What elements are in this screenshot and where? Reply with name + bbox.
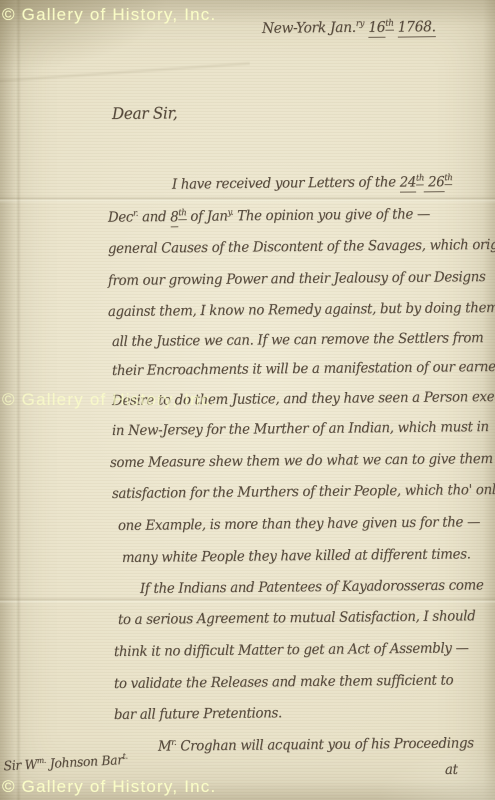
body-line-12: one Example, is more than they have give… <box>118 514 480 534</box>
body-line-18: bar all future Pretentions. <box>114 705 282 723</box>
body-line-3: general Causes of the Discontent of the … <box>108 237 495 257</box>
manuscript-text-segment: 24 <box>400 174 417 192</box>
manuscript-text-segment: Sir W <box>3 758 37 775</box>
manuscript-text-segment: 1768. <box>398 19 436 37</box>
manuscript-text-segment: in New-Jersey for the Murther of an Indi… <box>112 419 489 439</box>
manuscript-text-segment: t. <box>122 752 127 761</box>
body-line-15: to a serious Agreement to mutual Satisfa… <box>118 608 476 628</box>
manuscript-text-segment: Desire to do them Justice, and they have… <box>112 389 495 409</box>
copyright-watermark-bottom: © Gallery of History, Inc. <box>2 777 216 797</box>
manuscript-text-segment: to a serious Agreement to mutual Satisfa… <box>118 608 476 628</box>
manuscript-text-segment: If the Indians and Patentees of Kayadoro… <box>140 577 484 597</box>
manuscript-letter-scan: New-York Jan.ry 16th 1768.Dear Sir,I hav… <box>0 0 495 800</box>
manuscript-text-segment: th <box>385 19 393 31</box>
paper-crease <box>0 597 495 604</box>
manuscript-text-segment: of Jan <box>186 208 227 224</box>
manuscript-text-segment: to validate the Releases and make them s… <box>114 672 454 692</box>
manuscript-text-segment: Dear Sir, <box>112 103 178 123</box>
body-line-9: in New-Jersey for the Murther of an Indi… <box>112 419 489 439</box>
body-line-17: to validate the Releases and make them s… <box>114 672 454 692</box>
manuscript-text-segment: ry <box>356 19 364 29</box>
manuscript-text-segment: all the Justice we can. If we can remove… <box>112 330 484 350</box>
manuscript-text-segment: general Causes of the Discontent of the … <box>108 237 495 257</box>
body-line-10: some Measure shew them we do what we can… <box>110 451 493 471</box>
catchword: at <box>445 762 458 778</box>
addressee: Sir Wm. Johnson Bart. <box>3 752 128 775</box>
body-line-5: against them, I know no Remedy against, … <box>108 300 495 320</box>
copyright-watermark-top: © Gallery of History, Inc. <box>2 5 216 25</box>
manuscript-text-segment: New-York Jan. <box>262 20 356 37</box>
manuscript-text-segment: Croghan will acquaint you of his Proceed… <box>176 735 474 754</box>
manuscript-text-segment: 26 <box>424 174 444 192</box>
manuscript-text-segment: some Measure shew them we do what we can… <box>110 451 493 471</box>
manuscript-text-segment: satisfaction for the Murthers of their P… <box>112 482 495 502</box>
salutation: Dear Sir, <box>112 103 178 123</box>
manuscript-text-segment: at <box>445 762 458 778</box>
manuscript-text-segment: think it no difficult Matter to get an A… <box>114 640 469 660</box>
manuscript-text-segment: m. <box>37 756 47 765</box>
manuscript-text-segment: The opinion you give of the — <box>233 206 430 224</box>
body-line-13: many white People they have killed at di… <box>122 546 471 566</box>
manuscript-text-segment: one Example, is more than they have give… <box>118 514 480 534</box>
manuscript-text-segment: Johnson Bar <box>46 753 123 772</box>
manuscript-text-segment: from our growing Power and their Jealous… <box>108 269 486 289</box>
body-line-2: Decr. and 8th of Jany. The opinion you g… <box>108 206 430 226</box>
manuscript-text-segment: Dec <box>108 209 133 225</box>
body-line-7: their Encroachments it will be a manifes… <box>112 359 495 379</box>
body-line-11: satisfaction for the Murthers of their P… <box>112 482 495 502</box>
manuscript-text-segment: I have received your Letters of the <box>172 174 400 192</box>
body-line-1: I have received your Letters of the 24th… <box>172 173 453 193</box>
manuscript-text-segment: M <box>158 739 172 755</box>
body-line-4: from our growing Power and their Jealous… <box>108 269 486 289</box>
body-line-19: Mr. Croghan will acquaint you of his Pro… <box>158 735 474 755</box>
manuscript-text-segment: and <box>138 209 170 225</box>
body-line-14: If the Indians and Patentees of Kayadoro… <box>140 577 484 597</box>
manuscript-text-segment: th <box>444 173 452 185</box>
manuscript-text-segment: many white People they have killed at di… <box>122 546 471 566</box>
paper-fold <box>16 0 21 800</box>
manuscript-text-segment: 16 <box>368 20 385 38</box>
manuscript-text-segment: their Encroachments it will be a manifes… <box>112 359 495 379</box>
manuscript-text-segment: bar all future Pretentions. <box>114 705 282 723</box>
manuscript-text-segment: th <box>178 208 186 220</box>
body-line-16: think it no difficult Matter to get an A… <box>114 640 469 660</box>
body-line-6: all the Justice we can. If we can remove… <box>112 330 484 350</box>
paper-crease <box>0 196 495 203</box>
dateline: New-York Jan.ry 16th 1768. <box>262 18 436 37</box>
paper-crease <box>0 61 250 84</box>
body-line-8: Desire to do them Justice, and they have… <box>112 389 495 409</box>
manuscript-text-segment: against them, I know no Remedy against, … <box>108 300 495 320</box>
